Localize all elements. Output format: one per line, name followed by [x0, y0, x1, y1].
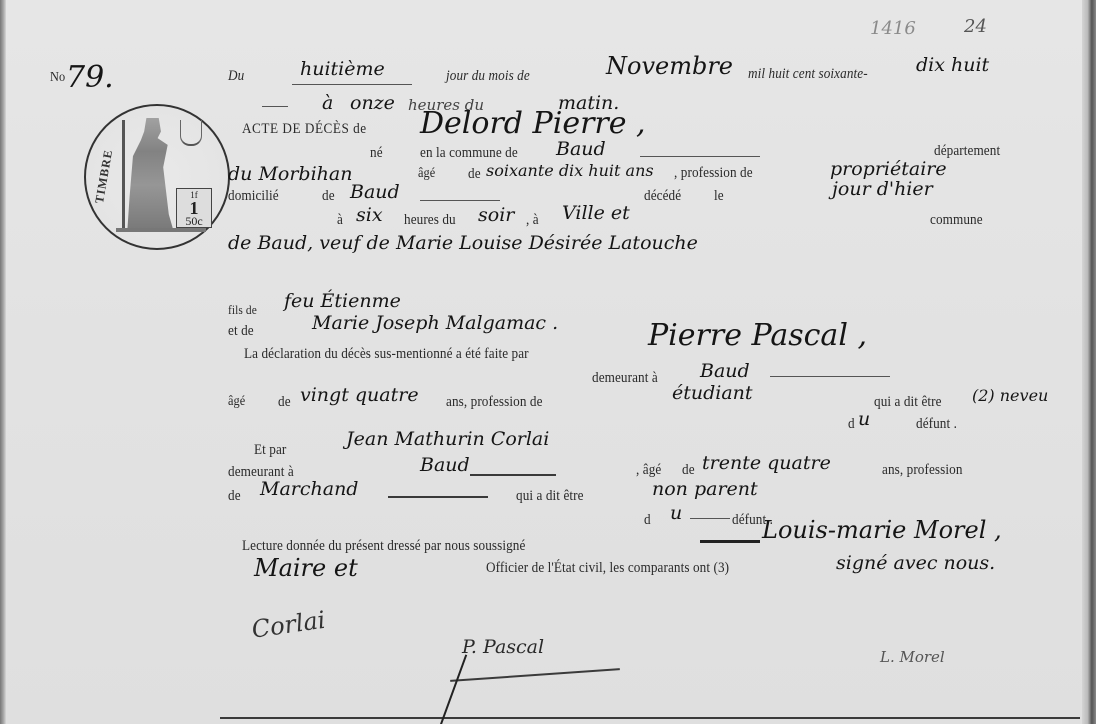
- label-ne: né: [370, 145, 383, 162]
- stamp-value-box: 1f 1 50c: [176, 188, 212, 228]
- label-declaration: La déclaration du décès sus-mentionné a …: [244, 346, 529, 363]
- label-age: âgé: [418, 166, 435, 182]
- underline: [292, 84, 412, 85]
- field-signed-with-us: signé avec nous.: [836, 552, 995, 574]
- record-number-label: No: [50, 70, 65, 86]
- field-date-of-death: jour d'hier: [832, 178, 933, 200]
- label-a-hour: à: [322, 92, 333, 114]
- underline: [388, 496, 488, 498]
- signature-morel: L. Morel: [880, 648, 945, 666]
- page-binding-edge-right: [1082, 0, 1096, 724]
- field-declarant1-profession: étudiant: [672, 382, 753, 404]
- underline: [420, 200, 500, 201]
- label-jour-du-mois: jour du mois de: [446, 68, 530, 85]
- label-en-la-commune: en la commune de: [420, 145, 518, 162]
- stamp-value-bottom: 50c: [177, 215, 211, 227]
- label-defunt: défunt .: [916, 416, 957, 433]
- label-domicilie: domicilié: [228, 188, 279, 205]
- label-decede: décédé: [644, 188, 681, 205]
- stamp-label: TIMBRE: [92, 148, 116, 204]
- field-declarant2-name: Jean Mathurin Corlai: [346, 428, 549, 450]
- label-et-de: et de: [228, 323, 254, 340]
- label-a: à: [337, 212, 343, 229]
- field-declarant2-relation: non parent: [652, 478, 758, 500]
- field-declarant1-relation: (2) neveu: [972, 386, 1048, 405]
- stamp-staff-icon: [122, 120, 125, 230]
- label-de: de: [682, 462, 695, 479]
- field-death-place: Ville et: [562, 202, 630, 224]
- label-ans-profession: ans, profession: [882, 462, 963, 479]
- field-officer-role: Maire et: [254, 554, 358, 582]
- stamp-value-main: 1: [177, 201, 211, 215]
- label-demeurant: demeurant à: [592, 370, 658, 387]
- pen-stroke: [440, 654, 467, 724]
- label-du: Du: [228, 68, 244, 85]
- underline: [770, 376, 890, 377]
- signature-corlai: Corlai: [250, 606, 327, 644]
- signature-pascal: P. Pascal: [462, 636, 544, 658]
- field-declarant2-age: trente quatre: [702, 452, 831, 474]
- label-officier: Officier de l'État civil, les comparants…: [486, 560, 729, 577]
- label-commune: commune: [930, 212, 983, 229]
- tax-stamp: TIMBRE 1f 1 50c: [84, 104, 230, 250]
- stamp-base: [116, 228, 206, 232]
- field-officer-name: Louis-marie Morel ,: [762, 516, 1002, 544]
- field-birth-commune: Baud: [556, 138, 606, 160]
- label-ans-profession: ans, profession de: [446, 394, 543, 411]
- label-de: de: [228, 488, 241, 505]
- dash: [262, 106, 288, 107]
- label-du: d: [848, 416, 855, 433]
- underline: [640, 156, 760, 157]
- field-death-time-of-day: soir: [478, 204, 514, 226]
- label-lecture: Lecture donnée du présent dressé par nou…: [242, 538, 525, 555]
- field-age: soixante dix huit ans: [486, 161, 654, 180]
- field-declarant1-name: Pierre Pascal ,: [648, 318, 867, 353]
- label-qui-a-dit-etre: qui a dit être: [516, 488, 584, 505]
- field-departement: du Morbihan: [228, 163, 352, 185]
- field-day: huitième: [300, 58, 385, 80]
- label-acte-de-deces: ACTE DE DÉCÈS de: [242, 121, 367, 138]
- field-deceased-name: Delord Pierre ,: [420, 106, 646, 141]
- field-death-hour: six: [356, 204, 383, 226]
- underline: [690, 518, 730, 519]
- scales-icon: [180, 120, 202, 146]
- field-profession: propriétaire: [830, 158, 947, 180]
- label-heures-du: heures du: [404, 212, 456, 229]
- justice-figure-icon: [124, 118, 180, 230]
- flourish: [700, 540, 760, 543]
- label-age: , âgé: [636, 462, 661, 479]
- field-hour: onze: [350, 92, 395, 114]
- field-du-2: u: [670, 502, 682, 524]
- label-de: de: [468, 166, 481, 183]
- label-du: d: [644, 512, 651, 529]
- record-separator-line: [220, 717, 1080, 719]
- page-binding-edge-left: [0, 0, 6, 724]
- field-year-written: dix huit: [916, 54, 989, 76]
- label-age: âgé: [228, 394, 245, 410]
- label-comma-a: , à: [526, 212, 539, 229]
- label-fils-de: fils de: [228, 302, 257, 318]
- underline: [470, 474, 556, 476]
- marginal-annotation-number: 1416: [870, 18, 916, 39]
- label-year-printed: mil huit cent soixante-: [748, 66, 868, 83]
- field-month: Novembre: [606, 52, 733, 80]
- field-declarant1-residence: Baud: [700, 360, 750, 382]
- field-domicile: Baud: [350, 181, 400, 203]
- field-declarant2-profession: Marchand: [260, 478, 358, 500]
- record-number: 79.: [66, 60, 114, 95]
- field-mother: Marie Joseph Malgamac .: [312, 312, 558, 334]
- field-declarant1-age: vingt quatre: [300, 384, 419, 406]
- label-profession: , profession de: [674, 165, 753, 182]
- field-declarant2-residence: Baud: [420, 454, 470, 476]
- signature-flourish: [450, 668, 620, 681]
- scanned-page: 1416 24 No 79. Du huitième jour du mois …: [0, 0, 1096, 724]
- label-de: de: [278, 394, 291, 411]
- label-et-par: Et par: [254, 442, 286, 459]
- field-du-1: u: [858, 408, 870, 430]
- label-de: de: [322, 188, 335, 205]
- label-qui-a-dit-etre: qui a dit être: [874, 394, 942, 411]
- marginal-page-reference: 24: [964, 16, 987, 37]
- label-le: le: [714, 188, 724, 205]
- field-father: feu Étienme: [284, 290, 401, 312]
- field-death-place-cont: de Baud, veuf de Marie Louise Désirée La…: [228, 232, 698, 254]
